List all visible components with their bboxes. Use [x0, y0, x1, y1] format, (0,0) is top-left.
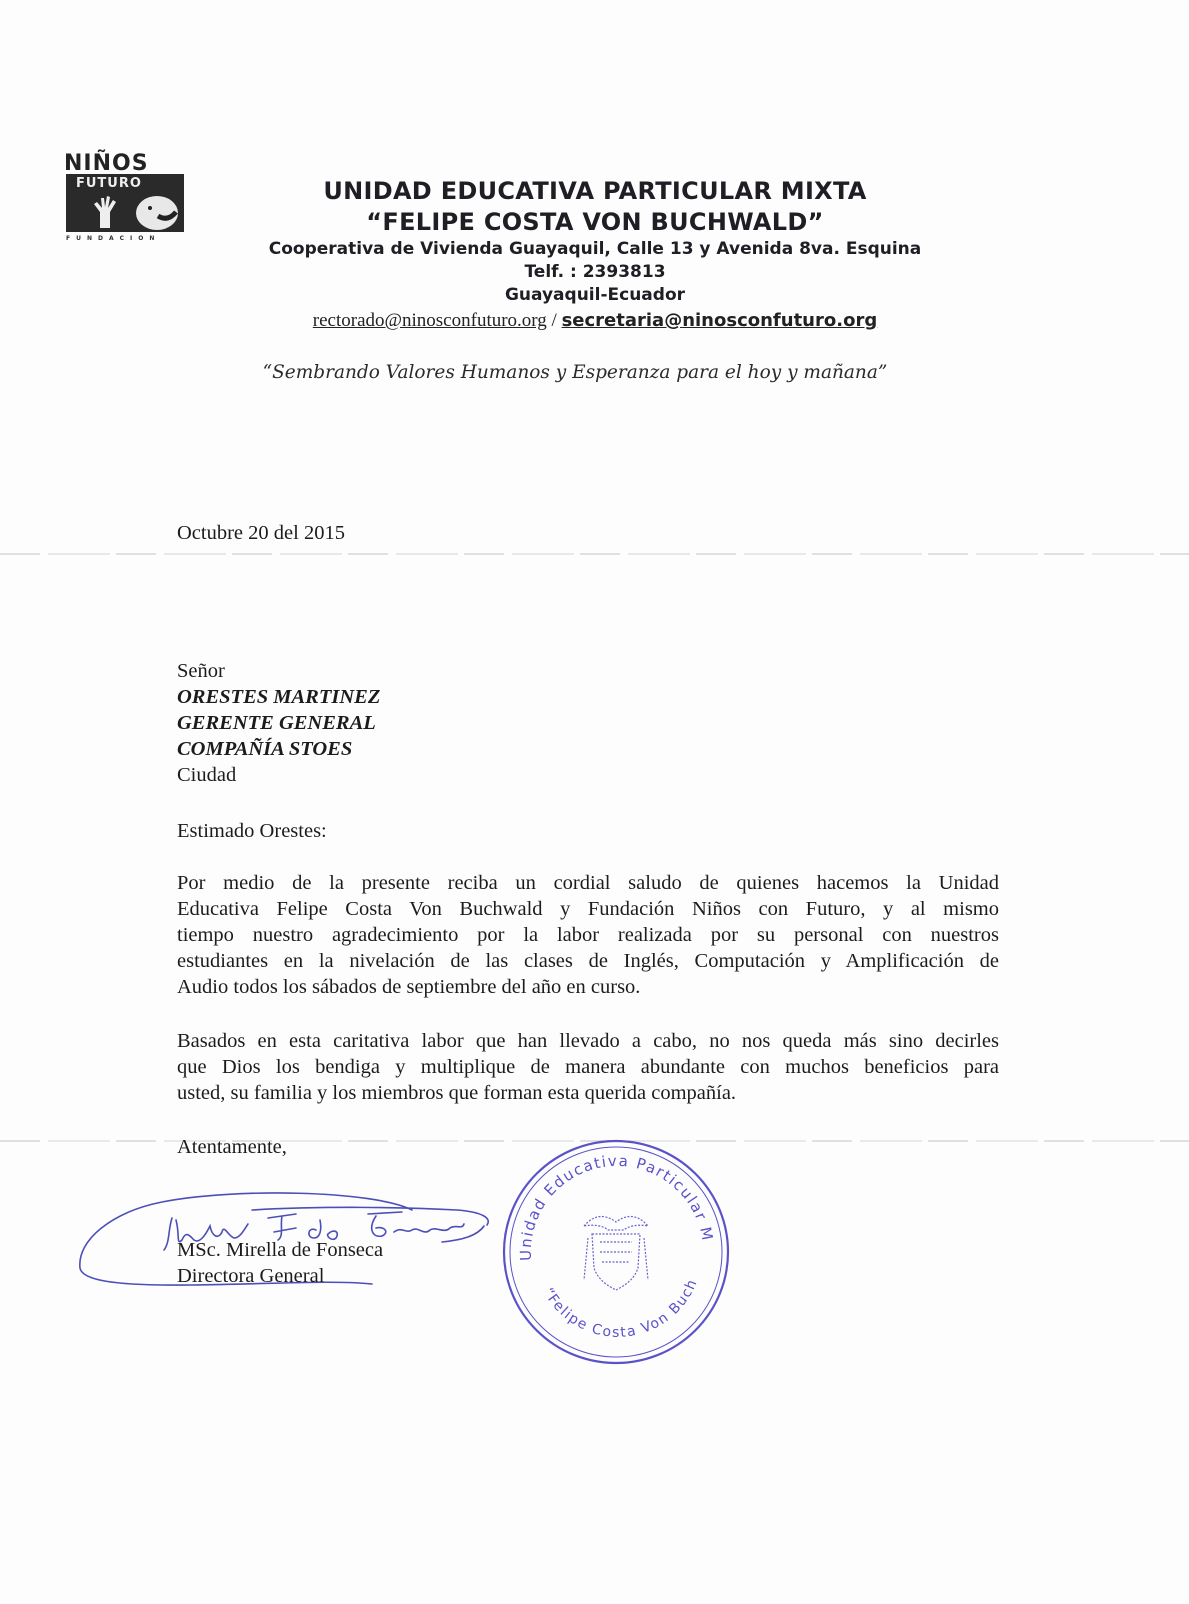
- recipient-block: Señor ORESTES MARTINEZ GERENTE GENERAL C…: [177, 658, 380, 788]
- letter-greeting: Estimado Orestes:: [177, 818, 327, 844]
- email-secretaria-link[interactable]: secretaria@ninosconfuturo.org: [562, 310, 878, 331]
- institution-address: Cooperativa de Vivienda Guayaquil, Calle…: [215, 238, 975, 261]
- signer-block: MSc. Mirella de Fonseca Directora Genera…: [177, 1237, 383, 1289]
- foundation-logo: NIÑOS FUTURO FUNDACION: [64, 155, 186, 245]
- svg-text:Unidad Educativa Particular Mi: Unidad Educativa Particular Mixta: [496, 1134, 717, 1261]
- paragraph-line: usted, su familia y los miembros que for…: [177, 1080, 999, 1106]
- paragraph-line: que Dios los bendiga y multiplique de ma…: [177, 1054, 999, 1080]
- paragraph-line: tiempo nuestro agradecimiento por la lab…: [177, 922, 999, 948]
- institution-name: UNIDAD EDUCATIVA PARTICULAR MIXTA: [215, 176, 975, 207]
- institution-seal-stamp: Unidad Educativa Particular Mixta “Felip…: [496, 1134, 736, 1370]
- recipient-company: COMPAÑÍA STOES: [177, 736, 380, 762]
- paragraph-line: Por medio de la presente reciba un cordi…: [177, 870, 999, 896]
- recipient-name: ORESTES MARTINEZ: [177, 684, 380, 710]
- logo-bottom-text: FUNDACION: [66, 235, 160, 242]
- institution-subname: “FELIPE COSTA VON BUCHWALD”: [215, 207, 975, 238]
- signer-title: Directora General: [177, 1263, 383, 1289]
- recipient-position: GERENTE GENERAL: [177, 710, 380, 736]
- logo-top-text: NIÑOS: [64, 155, 186, 173]
- recipient-city: Ciudad: [177, 762, 380, 788]
- email-rectorado-link[interactable]: rectorado@ninosconfuturo.org: [313, 310, 547, 331]
- body-paragraph-1: Por medio de la presente reciba un cordi…: [177, 870, 999, 1000]
- coat-of-arms-icon: [584, 1217, 648, 1291]
- hand-icon: [92, 194, 118, 228]
- letter-closing: Atentamente,: [177, 1134, 287, 1160]
- paper-fold-line: [0, 553, 1189, 555]
- institution-motto: “Sembrando Valores Humanos y Esperanza p…: [215, 362, 935, 383]
- body-paragraph-2: Basados en esta caritativa labor que han…: [177, 1028, 999, 1106]
- institution-emails: rectorado@ninosconfuturo.org / secretari…: [215, 308, 975, 334]
- logo-dark-box: FUTURO: [66, 174, 184, 232]
- paragraph-line: Audio todos los sábados de septiembre de…: [177, 974, 999, 1000]
- recipient-salutation-title: Señor: [177, 658, 380, 684]
- institution-phone: Telf. : 2393813: [215, 261, 975, 284]
- signer-name: MSc. Mirella de Fonseca: [177, 1237, 383, 1263]
- email-separator: /: [547, 310, 562, 331]
- logo-box-text: FUTURO: [76, 176, 142, 191]
- paragraph-line: Educativa Felipe Costa Von Buchwald y Fu…: [177, 896, 999, 922]
- paragraph-line: Basados en esta caritativa labor que han…: [177, 1028, 999, 1054]
- letter-date: Octubre 20 del 2015: [177, 520, 345, 546]
- institution-city: Guayaquil-Ecuador: [215, 284, 975, 307]
- paragraph-line: estudiantes en la nivelación de las clas…: [177, 948, 999, 974]
- smiley-face-icon: [136, 196, 178, 230]
- seal-top-text: Unidad Educativa Particular Mixta: [496, 1134, 717, 1261]
- letterhead: UNIDAD EDUCATIVA PARTICULAR MIXTA “FELIP…: [215, 176, 975, 334]
